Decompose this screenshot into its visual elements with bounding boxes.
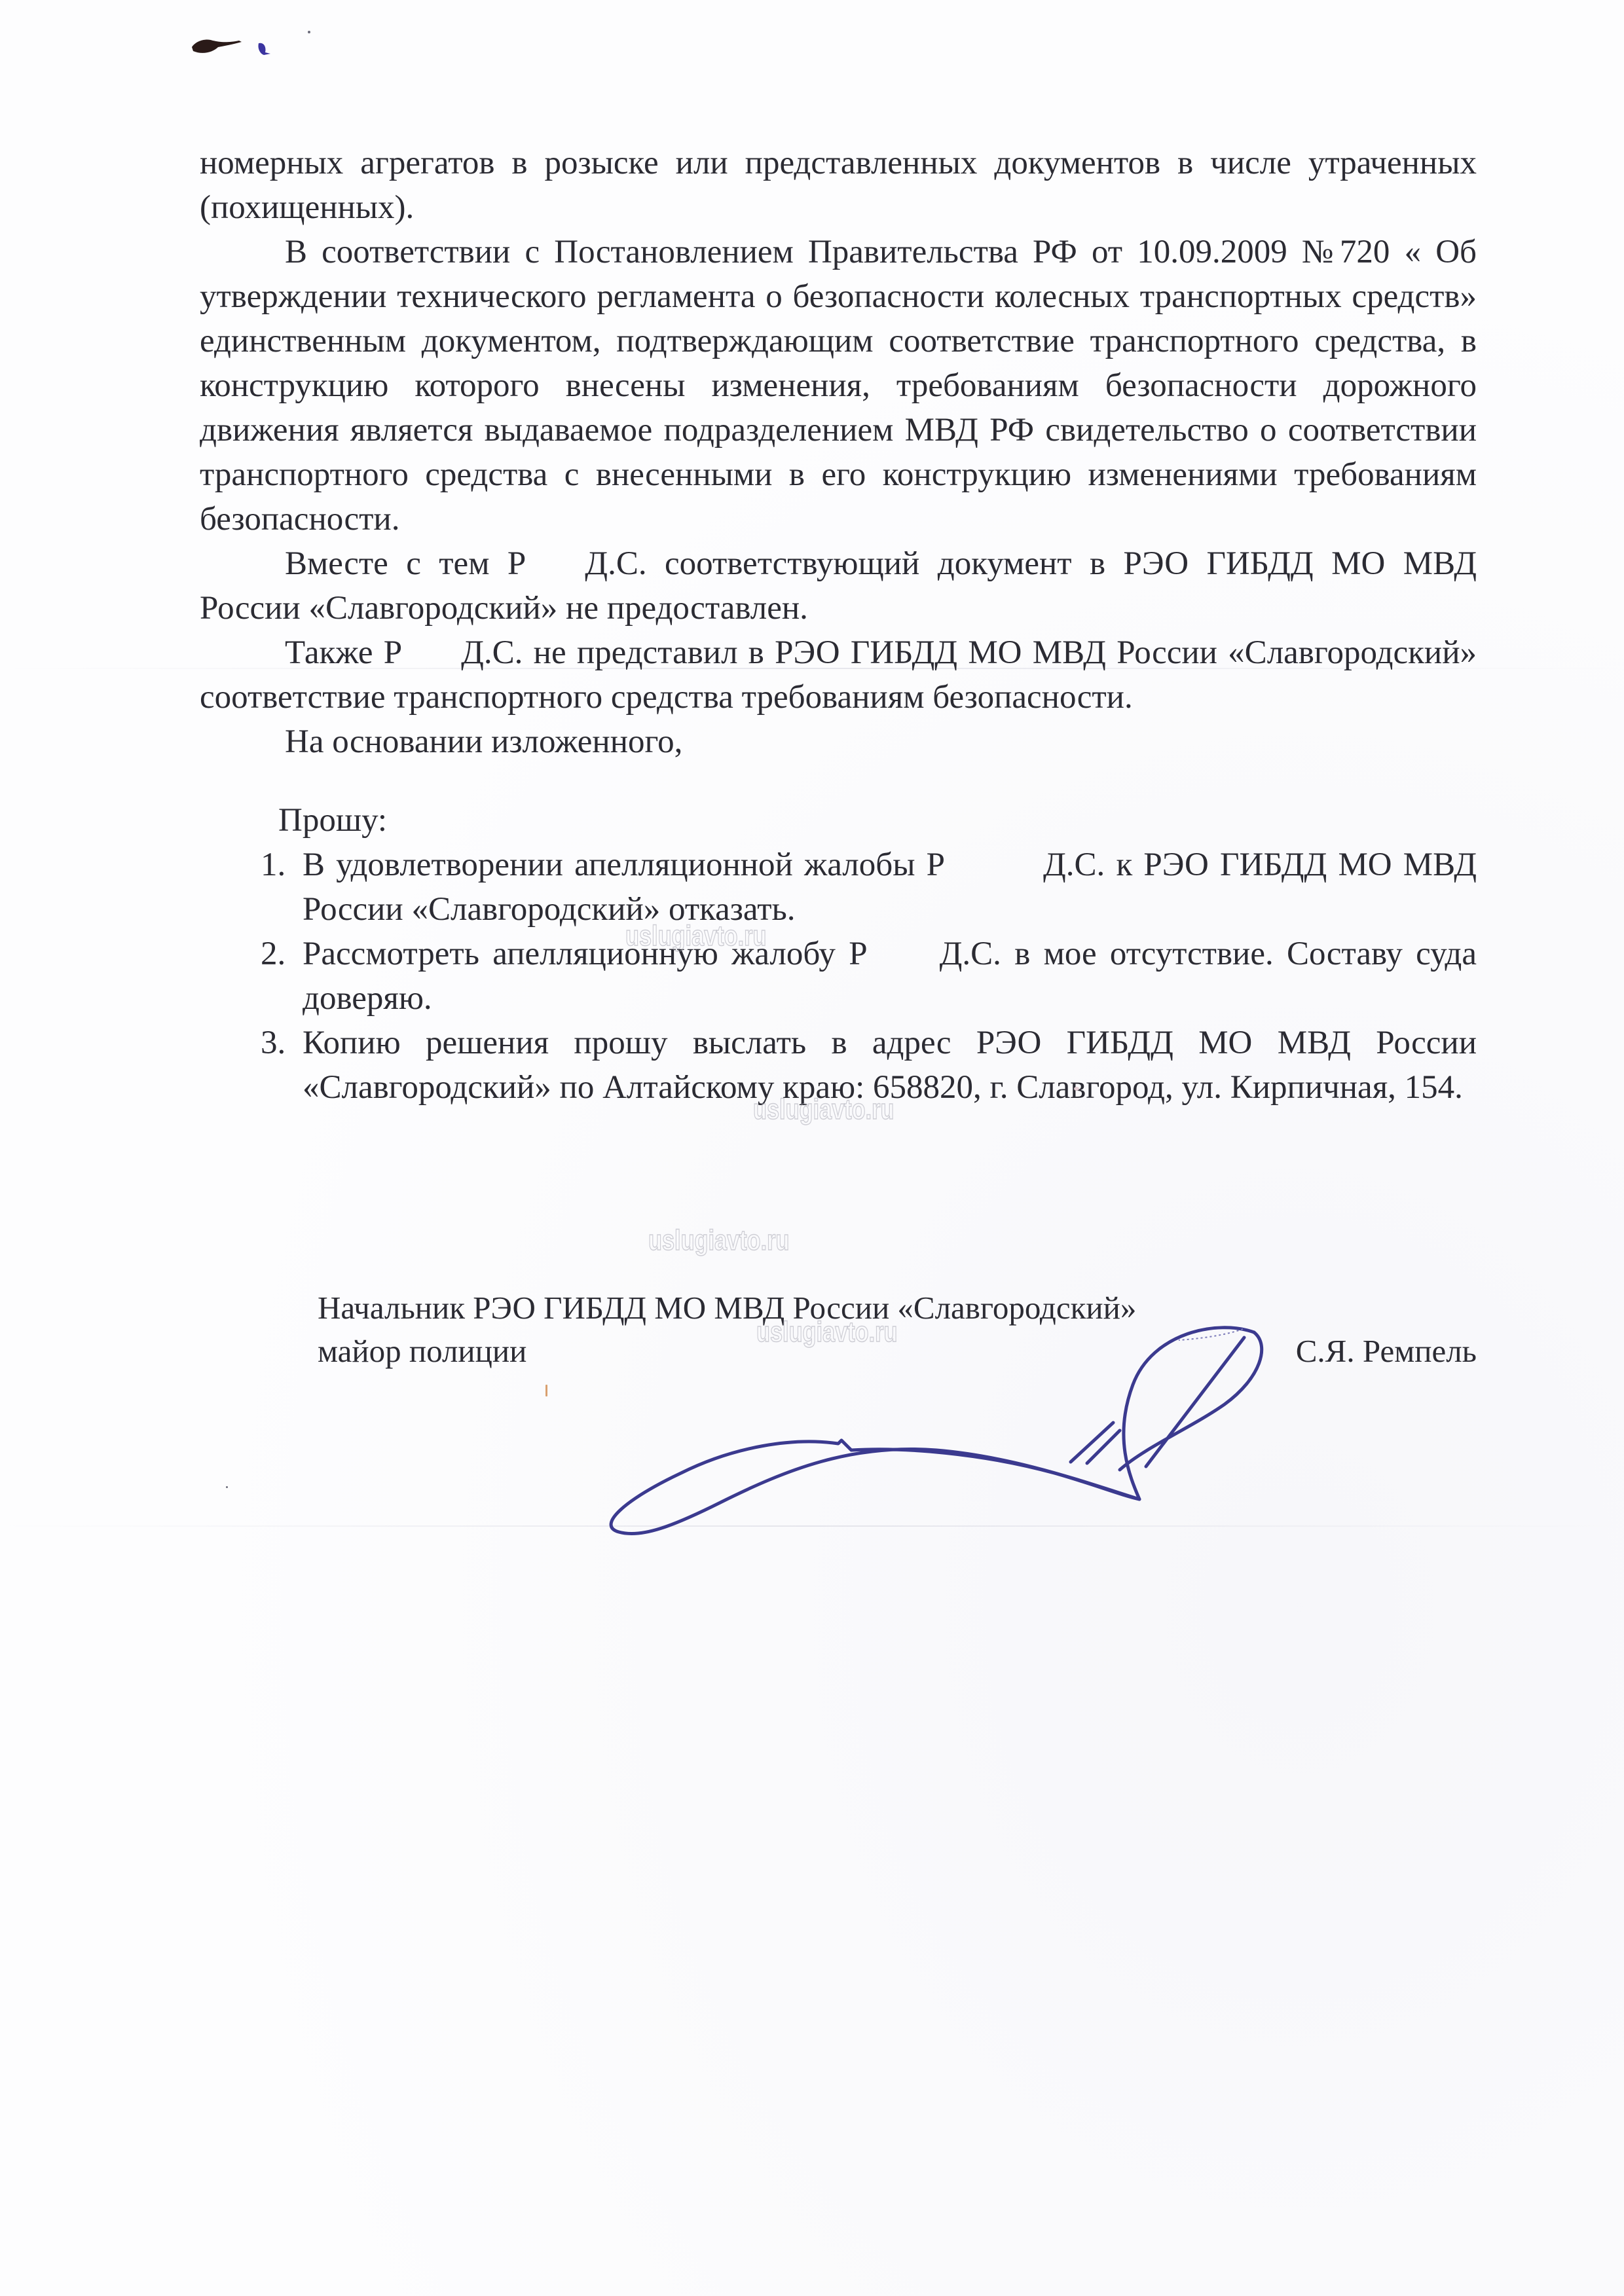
request-item: 1. В удовлетворении апелляционной жалобы… [200, 843, 1477, 932]
redacted-surname [526, 574, 585, 574]
redacted-surname [402, 663, 461, 663]
handwritten-signature-icon [485, 1306, 1532, 1555]
redacted-surname [868, 964, 940, 964]
paragraph-document-not-provided: Вместе с тем РД.С. соответствующий докум… [200, 541, 1477, 630]
ink-speck [226, 1486, 228, 1488]
paragraph-conclusion: На основании изложенного, [200, 720, 1477, 764]
document-body: номерных агрегатов в розыске или предста… [200, 141, 1477, 1110]
paragraph-continuation: номерных агрегатов в розыске или предста… [200, 141, 1477, 230]
paper-mark [1074, 1087, 1079, 1091]
pen-mark [545, 1385, 547, 1396]
watermark: uslugiavto.ru [625, 920, 766, 953]
text-segment: В удовлетворении апелляционной жалобы Р [303, 847, 945, 883]
request-heading: Прошу: [200, 798, 1477, 843]
ink-blot-icon [187, 33, 278, 65]
document-page: номерных агрегатов в розыске или предста… [0, 0, 1624, 2296]
request-list: 1. В удовлетворении апелляционной жалобы… [200, 843, 1477, 1110]
text-segment: Также Р [285, 634, 402, 671]
watermark: uslugiavto.ru [648, 1224, 789, 1257]
request-item: 2. Рассмотреть апелляционную жалобу РД.С… [200, 932, 1477, 1021]
request-number: 1. [261, 843, 286, 887]
watermark: uslugiavto.ru [753, 1093, 894, 1126]
paragraph-compliance-not-provided: Также РД.С. не представил в РЭО ГИБДД МО… [200, 630, 1477, 720]
request-number: 3. [261, 1021, 286, 1065]
request-number: 2. [261, 932, 286, 976]
ink-speck [308, 31, 310, 33]
text-segment: Рассмотреть апелляционную жалобу Р [303, 936, 868, 972]
text-segment: Вместе с тем Р [285, 545, 526, 582]
watermark: uslugiavto.ru [756, 1316, 897, 1349]
paragraph-regulation: В соответствии с Постановлением Правител… [200, 230, 1477, 541]
redacted-surname [945, 875, 1043, 875]
